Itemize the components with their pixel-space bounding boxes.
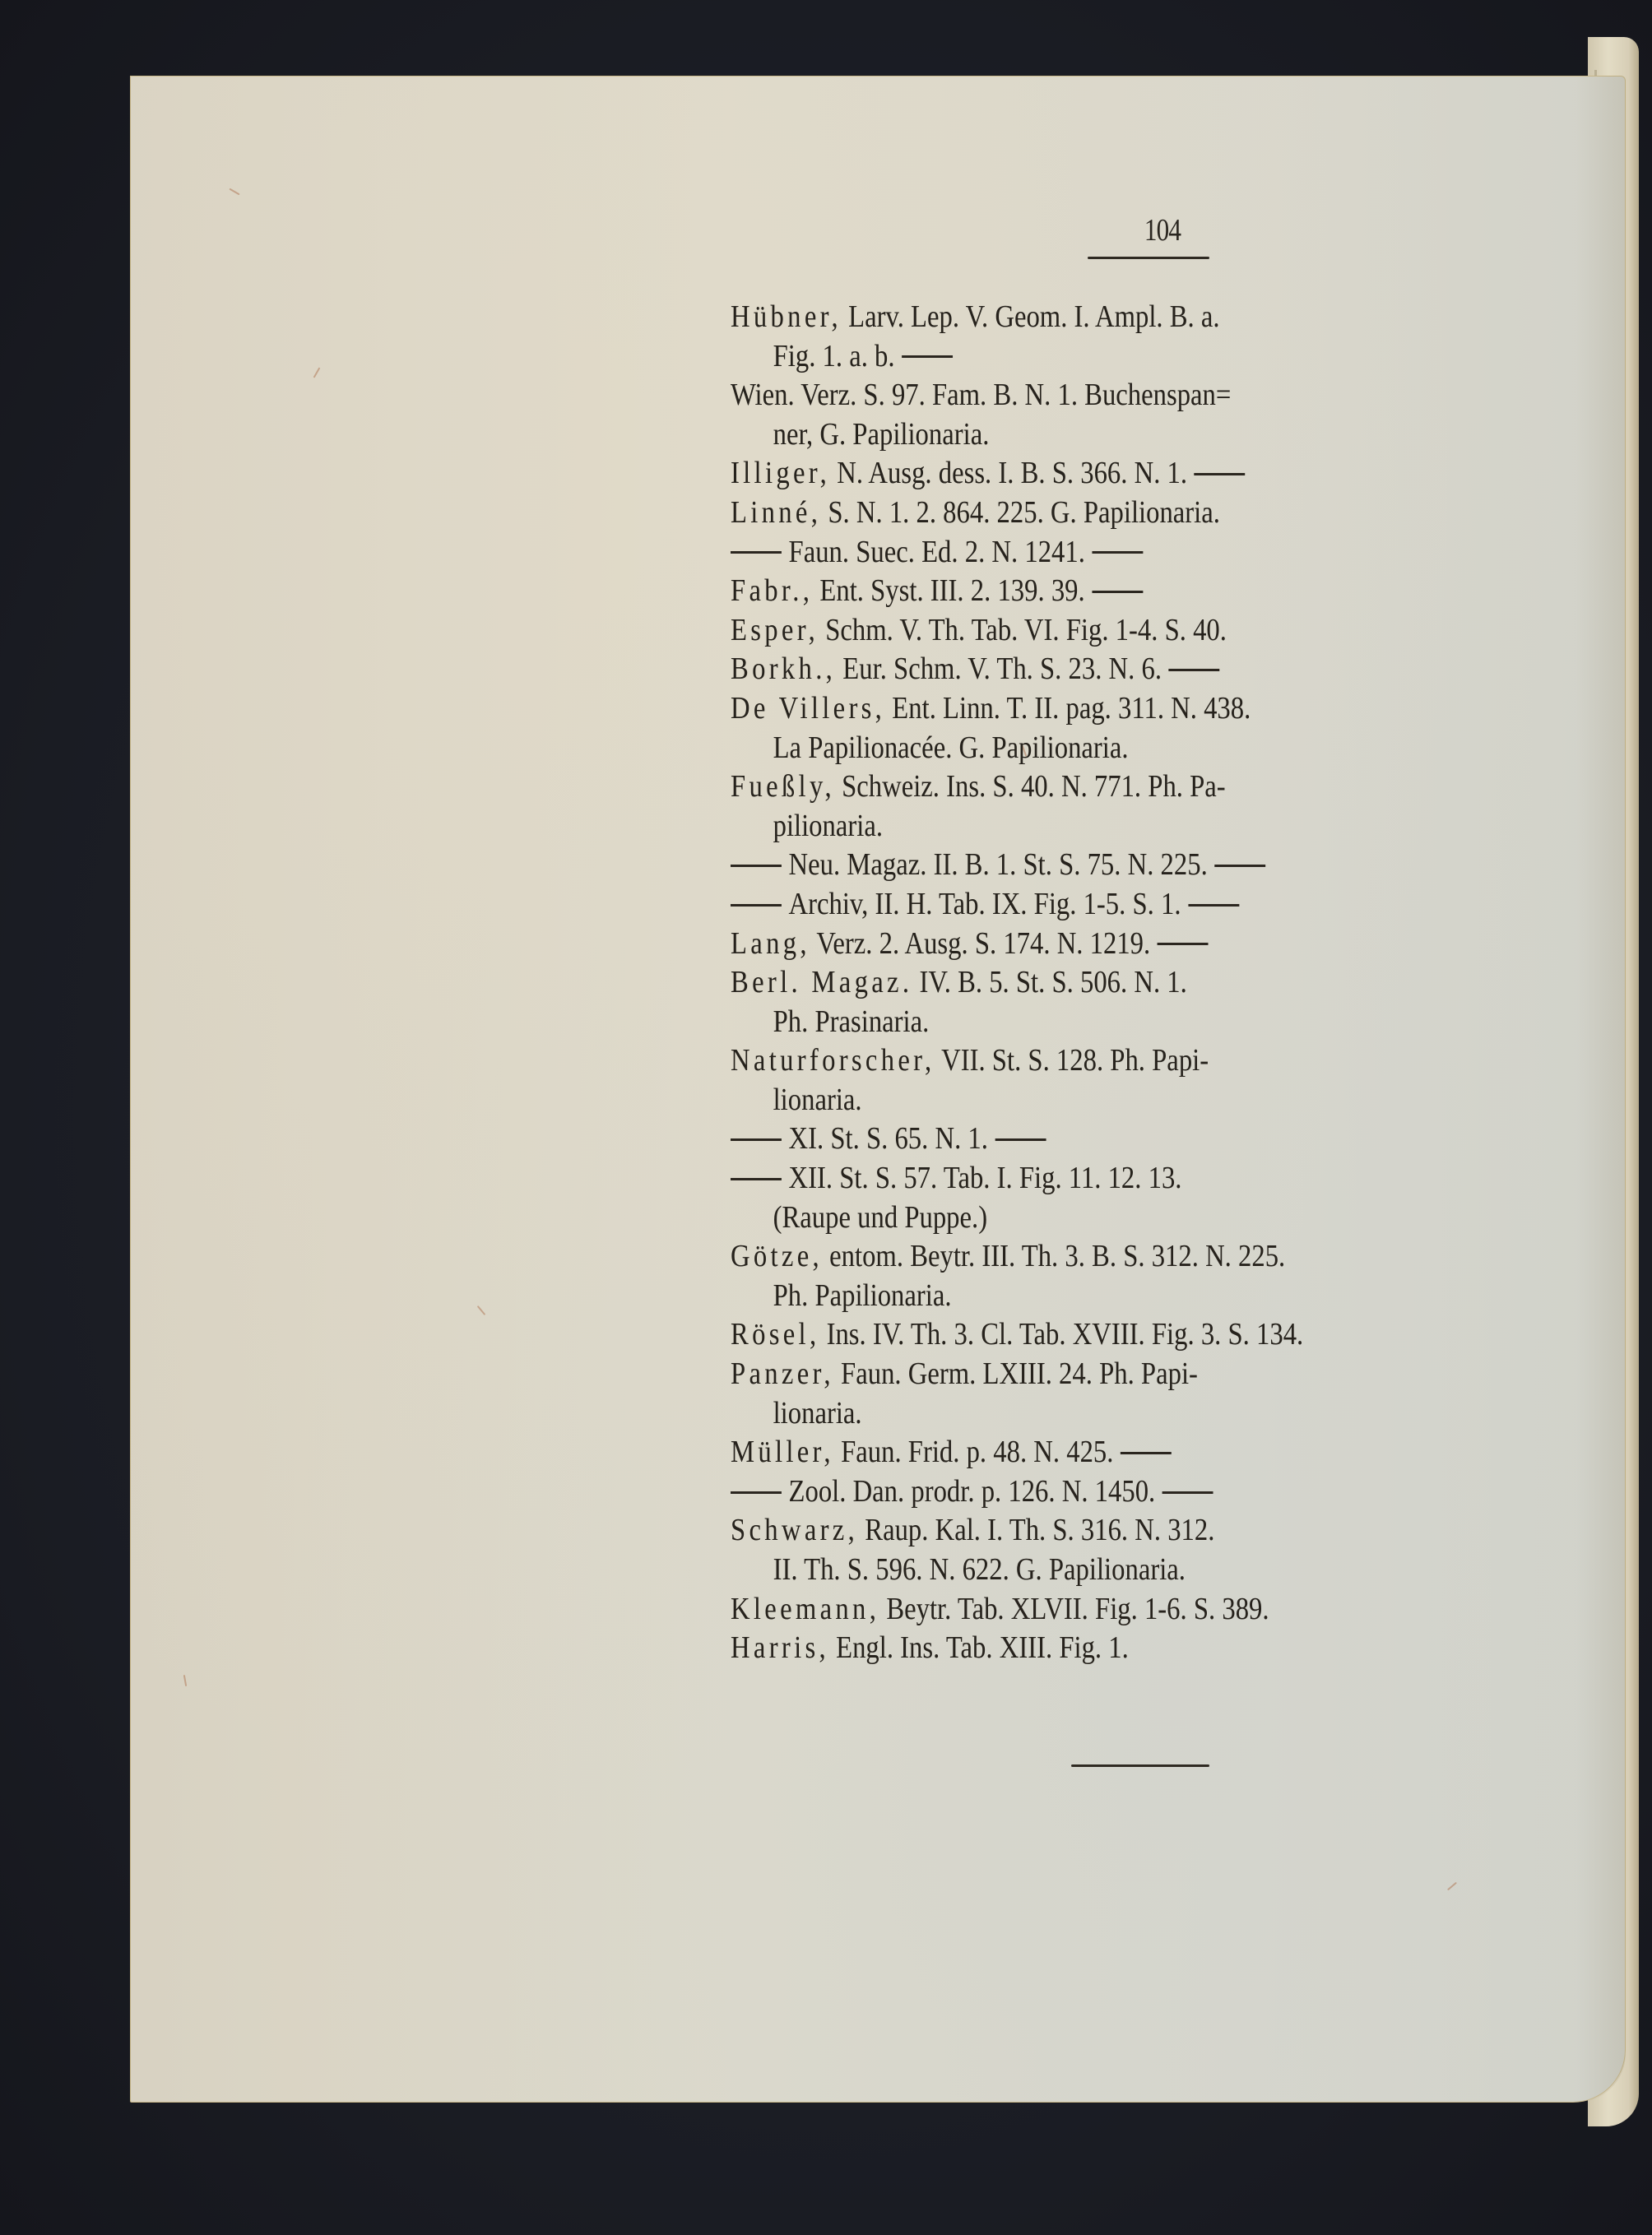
continuation-line: II. Th. S. 596. N. 622. G. Papilionaria. [731, 1551, 1459, 1590]
citation-text: Tab. VI. Fig. 1-4. S. 40. [965, 613, 1227, 647]
ditto-dash [1092, 551, 1143, 554]
citation-line: Esper, Schm. V. Th. Tab. VI. Fig. 1-4. S… [731, 611, 1459, 651]
citation-text: lionaria. [773, 1083, 862, 1117]
citation-text: Ph. Prasinaria. [773, 1004, 930, 1039]
page-number-rule [1088, 257, 1209, 259]
citation-line: Naturforscher, VII. St. S. 128. Ph. Papi… [731, 1041, 1459, 1081]
citation-line: Rösel, Ins. IV. Th. 3. Cl. Tab. XVIII. F… [731, 1315, 1459, 1355]
citation-text: IV. B. 5. St. S. 506. N. 1. [912, 965, 1187, 999]
citation-text: 316. N. 312. [1074, 1513, 1215, 1547]
citation-text: 596. N. 622. G. Papilionaria. [869, 1552, 1186, 1587]
ditto-dash [1162, 1491, 1213, 1494]
ditto-dash [731, 551, 782, 554]
author-name: Borkh., [731, 651, 836, 686]
author-name: Fueßly, [731, 769, 835, 804]
citation-text: Raup. Kal. I. Th. S. [858, 1513, 1074, 1547]
citation-line: Müller, Faun. Frid. p. 48. N. 425. [731, 1433, 1459, 1472]
continuation-line: lionaria. [731, 1394, 1459, 1434]
citation-text: entom. Beytr. III. Th. 3. B. S. 312. N. … [823, 1239, 1285, 1273]
author-name: Lang, [731, 926, 810, 961]
ditto-dash [731, 1491, 782, 1494]
citation-text: Schm. V. Th. [819, 613, 965, 647]
citation-line: Illiger, N. Ausg. dess. I. B. S. 366. N.… [731, 454, 1459, 494]
citation-text: Ent. Syst. III. 2. 139. 39. [813, 573, 1084, 608]
citation-text: Archiv, [789, 887, 869, 921]
ditto-dash [731, 1178, 782, 1180]
citation-text: Ent. Linn. T. II. pag. 311. N. 438. [885, 691, 1251, 726]
citation-line: Hübner, Larv. Lep. V. Geom. I. Ampl. B. … [731, 298, 1459, 337]
ditto-dash [1121, 1452, 1172, 1454]
continuation-line: Ph. Papilionaria. [731, 1277, 1459, 1316]
author-name: Berl. Magaz. [731, 965, 912, 999]
ditto-dash [731, 865, 782, 867]
ditto-dash [902, 355, 953, 358]
citation-text: II. B. 1. St. S. 75. N. 225. [926, 847, 1207, 882]
continuation-line: pilionaria. [731, 807, 1459, 846]
ditto-dash [1188, 904, 1239, 907]
paper-fleck [229, 188, 239, 196]
citation-text: Faun. Germ. LXIII. 24. Ph. Papi- [834, 1356, 1198, 1391]
citation-text: Buchenspan= [1084, 378, 1231, 412]
author-name: Panzer, [731, 1356, 834, 1391]
citation-text: Faun. Suec. Ed. 2. N. 1241. [789, 535, 1085, 569]
continuation-line: lionaria. [731, 1081, 1459, 1120]
page-number: 104 [1119, 212, 1207, 248]
continuation-line: ner, G. Papilionaria. [731, 415, 1459, 455]
author-name: Rösel, [731, 1317, 819, 1352]
citation-text: Engl. Ins. Tab. XIII. Fig. 1. [829, 1630, 1129, 1665]
citation-text: 40. N. 771. Ph. Pa- [1014, 769, 1226, 804]
author-name: Esper, [731, 613, 819, 647]
author-name: Schwarz, [731, 1513, 858, 1547]
citation-text: Ins. IV. Th. 3. Cl. Tab. XVIII. Fig. 3. … [819, 1317, 1303, 1352]
citation-text: pilionaria. [773, 809, 883, 843]
citation-line: Wien. Verz. S. 97. Fam. B. N. 1. Buchens… [731, 376, 1459, 415]
author-name: Illiger, [731, 456, 830, 490]
citation-text: G. Papilionaria. [813, 417, 989, 452]
author-name: Naturforscher, [731, 1043, 935, 1078]
citation-line: Schwarz, Raup. Kal. I. Th. S. 316. N. 31… [731, 1511, 1459, 1551]
citation-text: XI. St. S. 65. N. 1. [789, 1121, 988, 1156]
ditto-dash [1214, 865, 1265, 867]
citation-line: Kleemann, Beytr. Tab. XLVII. Fig. 1-6. S… [731, 1590, 1459, 1630]
paper-fleck [183, 1675, 187, 1686]
citation-line: Neu. Magaz. II. B. 1. St. S. 75. N. 225. [731, 846, 1459, 885]
author-name: Linné, [731, 495, 821, 530]
citation-line: Borkh., Eur. Schm. V. Th. S. 23. N. 6. [731, 650, 1459, 689]
citation-text: XII. St. S. 57. Tab. I. Fig. 11. 12. 13. [789, 1161, 1182, 1195]
citation-text: S. 97. Fam. B. N. 1. [856, 378, 1084, 412]
citation-line: Linné, S. N. 1. 2. 864. 225. G. Papilion… [731, 494, 1459, 533]
citation-text: La Papilionacée. G. Papilionaria. [773, 730, 1129, 765]
continuation-line: Ph. Prasinaria. [731, 1003, 1459, 1042]
citation-line: Götze, entom. Beytr. III. Th. 3. B. S. 3… [731, 1237, 1459, 1277]
author-name: Fabr., [731, 573, 813, 608]
paper-fleck [1447, 1882, 1457, 1891]
citation-line: Harris, Engl. Ins. Tab. XIII. Fig. 1. [731, 1629, 1459, 1668]
citation-text: Tab. XLVII. Fig. 1-6. S. 389. [951, 1592, 1269, 1626]
continuation-line: La Papilionacée. G. Papilionaria. [731, 729, 1459, 768]
ditto-dash [1158, 943, 1209, 945]
author-name: Götze, [731, 1239, 823, 1273]
citation-text: II. H. Tab. IX. Fig. 1-5. S. 1. [868, 887, 1181, 921]
citation-text: Larv. Lep. V. Geom. I. Ampl. B. a. [842, 299, 1220, 334]
citation-text: N. Ausg. dess. I. B. S. 366. N. 1. [830, 456, 1187, 490]
citation-line: Fabr., Ent. Syst. III. 2. 139. 39. [731, 572, 1459, 611]
ditto-dash [1092, 591, 1143, 593]
paper-fleck [313, 367, 321, 378]
citation-text: S. N. 1. 2. 864. 225. G. Papilionaria. [821, 495, 1220, 530]
author-name: Hübner, [731, 299, 842, 334]
citation-text: 23. N. 6. [1061, 651, 1162, 686]
author-name: Kleemann, [731, 1592, 879, 1626]
citation-text: Eur. Schm. V. Th. S. [836, 651, 1061, 686]
citation-text: Faun. Frid. p. 48. N. 425. [834, 1435, 1114, 1469]
citation-text: ner, [773, 417, 814, 452]
end-rule [1071, 1764, 1209, 1767]
citation-line: Archiv, II. H. Tab. IX. Fig. 1-5. S. 1. [731, 885, 1459, 925]
ditto-dash [731, 1138, 782, 1141]
citation-line: Berl. Magaz. IV. B. 5. St. S. 506. N. 1. [731, 963, 1459, 1003]
citation-text: Zool. Dan. prodr. p. 126. N. 1450. [789, 1474, 1156, 1509]
paper-fleck [477, 1305, 486, 1315]
ditto-dash [1195, 473, 1246, 475]
citation-text: lionaria. [773, 1396, 862, 1430]
citation-text: (Raupe und Puppe.) [773, 1200, 987, 1235]
citation-line: XI. St. S. 65. N. 1. [731, 1120, 1459, 1159]
author-name: Müller, [731, 1435, 834, 1469]
ditto-dash [995, 1138, 1046, 1141]
citation-text: Verz. 2. Ausg. S. 174. N. 1219. [810, 926, 1150, 961]
citation-text: Schweiz. Ins. S. [835, 769, 1014, 804]
citation-line: De Villers, Ent. Linn. T. II. pag. 311. … [731, 689, 1459, 729]
citation-line: Fueßly, Schweiz. Ins. S. 40. N. 771. Ph.… [731, 767, 1459, 807]
citation-text: II. Th. S. [773, 1552, 870, 1587]
citation-text: Neu. Magaz. [789, 847, 927, 882]
citation-line: Lang, Verz. 2. Ausg. S. 174. N. 1219. [731, 925, 1459, 964]
citation-line: Zool. Dan. prodr. p. 126. N. 1450. [731, 1472, 1459, 1512]
citation-line: Panzer, Faun. Germ. LXIII. 24. Ph. Papi- [731, 1355, 1459, 1394]
ditto-dash [731, 904, 782, 907]
citation-text: Fig. 1. a. b. [773, 339, 895, 373]
synonymy-list: Hübner, Larv. Lep. V. Geom. I. Ampl. B. … [731, 298, 1578, 1668]
ditto-dash [1169, 669, 1220, 671]
continuation-line: Fig. 1. a. b. [731, 337, 1459, 377]
citation-text: Wien. Verz. [731, 378, 856, 412]
author-name: Harris, [731, 1630, 829, 1665]
author-name: De Villers, [731, 691, 885, 726]
citation-line: XII. St. S. 57. Tab. I. Fig. 11. 12. 13. [731, 1159, 1459, 1199]
continuation-line: (Raupe und Puppe.) [731, 1199, 1459, 1238]
citation-text: Beytr. [879, 1592, 951, 1626]
citation-line: Faun. Suec. Ed. 2. N. 1241. [731, 533, 1459, 573]
citation-text: VII. St. S. 128. Ph. Papi- [935, 1043, 1209, 1078]
citation-text: Ph. Papilionaria. [773, 1278, 952, 1313]
